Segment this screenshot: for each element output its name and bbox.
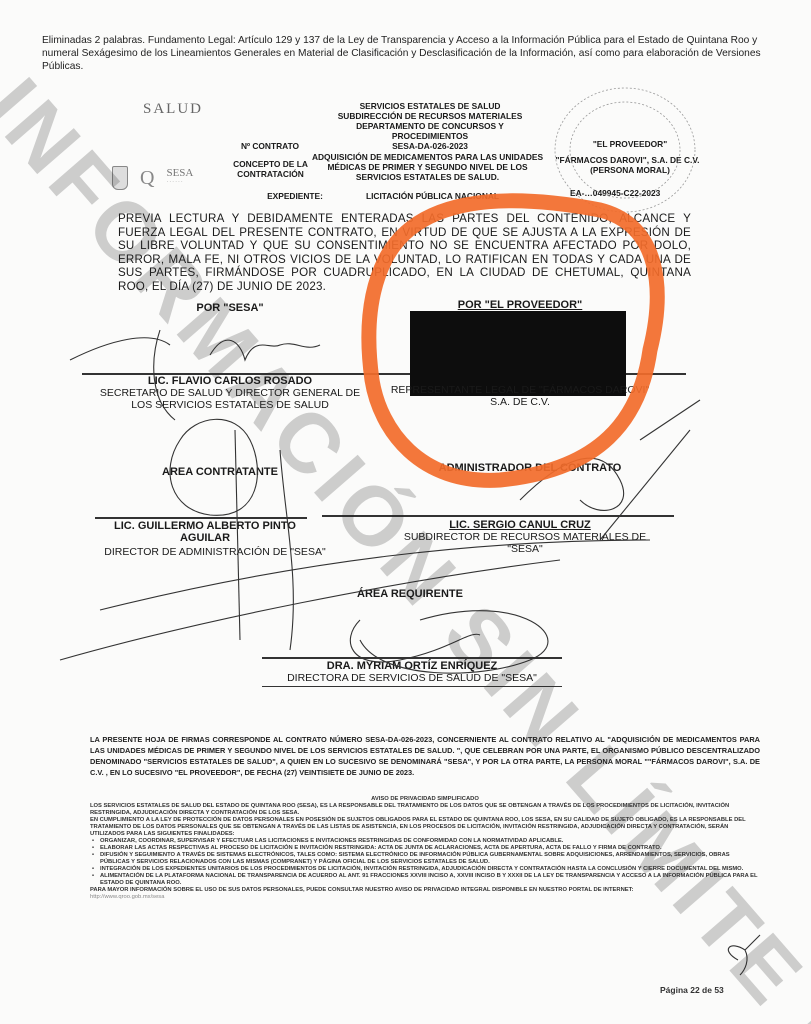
- sig-role-area-requirente: DIRECTORA DE SERVICIOS DE SALUD DE "SESA…: [262, 672, 562, 684]
- state-shield-icon: [112, 166, 128, 190]
- org-line: SERVICIOS ESTATALES DE SALUD: [320, 101, 540, 111]
- sig-role-administrador: SUBDIRECTOR DE RECURSOS MATERIALES DE "S…: [400, 531, 650, 555]
- proveedor-name: "FÁRMACOS DAROVI", S.A. DE C.V.: [540, 155, 715, 165]
- expediente-value: LICITACIÓN PÚBLICA NACIONAL: [335, 191, 530, 201]
- org-line: DEPARTAMENTO DE CONCURSOS Y PROCEDIMIENT…: [320, 121, 540, 141]
- signature-line: [322, 515, 674, 517]
- sig-name-area-requirente: DRA. MYRIAM ORTÍZ ENRÍQUEZ: [262, 660, 562, 672]
- page-number: Página 22 de 53: [660, 985, 724, 995]
- contrato-value: SESA-DA-026-2023: [330, 141, 530, 151]
- signature-line: [262, 686, 562, 687]
- sig-title-administrador: ADMINISTRADOR DEL CONTRATO: [420, 462, 640, 474]
- sig-role-proveedor: REPRESENTANTE LEGAL DE "FÁRMACOS DAROVI"…: [385, 384, 655, 408]
- sig-name-sesa: LIC. FLAVIO CARLOS ROSADO: [100, 375, 360, 387]
- licitacion-code: EA-…049945-C22-2023: [570, 188, 730, 198]
- privacy-notice-title: AVISO DE PRIVACIDAD SIMPLIFICADO: [90, 796, 760, 803]
- privacy-notice-list: ORGANIZAR, COORDINAR, SUPERVISAR Y EFECT…: [90, 838, 760, 887]
- signature-line: [95, 517, 307, 519]
- quintana-roo-q-icon: Q: [140, 167, 154, 190]
- org-line: SUBDIRECCIÓN DE RECURSOS MATERIALES: [320, 111, 540, 121]
- proveedor-label: "EL PROVEEDOR": [560, 139, 700, 149]
- sig-title-area-contratante: AREA CONTRATANTE: [145, 466, 295, 478]
- expediente-label: EXPEDIENTE:: [245, 191, 345, 201]
- privacy-notice-p1: LOS SERVICIOS ESTATALES DE SALUD DEL EST…: [90, 803, 760, 817]
- sig-role-sesa: SECRETARIO DE SALUD Y DIRECTOR GENERAL D…: [95, 387, 365, 411]
- sig-title-sesa: POR "SESA": [160, 302, 300, 314]
- privacy-notice-p2: EN CUMPLIMIENTO A LA LEY DE PROTECCIÓN D…: [90, 817, 760, 838]
- legal-note: Eliminadas 2 palabras. Fundamento Legal:…: [42, 34, 777, 73]
- list-item: ALIMENTACIÓN DE LA PLATAFORMA NACIONAL D…: [100, 873, 760, 887]
- list-item: DIFUSIÓN Y SEGUIMIENTO A TRAVÉS DE SISTE…: [100, 852, 760, 866]
- proveedor-type: (PERSONA MORAL): [560, 165, 700, 175]
- sesa-logo: SESA· · · · · ·: [166, 168, 193, 188]
- list-item: ELABORAR LAS ACTAS RESPECTIVAS AL PROCES…: [100, 845, 760, 852]
- sig-name-area-contratante: LIC. GUILLERMO ALBERTO PINTO AGUILAR: [100, 520, 310, 544]
- sig-role-area-contratante: DIRECTOR DE ADMINISTRACIÓN DE "SESA": [95, 546, 335, 558]
- privacy-notice-link[interactable]: http://www.qroo.gob.mx/sesa: [90, 894, 760, 901]
- signature-page-note: LA PRESENTE HOJA DE FIRMAS CORRESPONDE A…: [90, 734, 760, 778]
- list-item: INTEGRACIÓN DE LOS EXPEDIENTES UNITARIOS…: [100, 866, 760, 873]
- salud-logo: SALUD: [143, 101, 203, 118]
- concepto-value: ADQUISICIÓN DE MEDICAMENTOS PARA LAS UNI…: [310, 152, 545, 182]
- institution-logos: Q SESA· · · · · ·: [112, 166, 193, 190]
- sig-title-proveedor: POR "EL PROVEEDOR": [430, 299, 610, 311]
- list-item: ORGANIZAR, COORDINAR, SUPERVISAR Y EFECT…: [100, 838, 760, 845]
- concepto-label: CONCEPTO DE LA CONTRATACIÓN: [218, 159, 323, 179]
- sig-title-area-requirente: ÁREA REQUIRENTE: [340, 588, 480, 600]
- contrato-label: Nº CONTRATO: [225, 141, 315, 151]
- privacy-notice-closing: PARA MAYOR INFORMACIÓN SOBRE EL USO DE S…: [90, 887, 760, 894]
- privacy-notice: AVISO DE PRIVACIDAD SIMPLIFICADO LOS SER…: [90, 796, 760, 901]
- signature-line: [262, 657, 562, 659]
- ratification-paragraph: PREVIA LECTURA Y DEBIDAMENTE ENTERADAS L…: [118, 212, 691, 293]
- sig-name-administrador: LIC. SERGIO CANUL CRUZ: [420, 519, 620, 531]
- org-header: SERVICIOS ESTATALES DE SALUD SUBDIRECCIÓ…: [320, 101, 540, 141]
